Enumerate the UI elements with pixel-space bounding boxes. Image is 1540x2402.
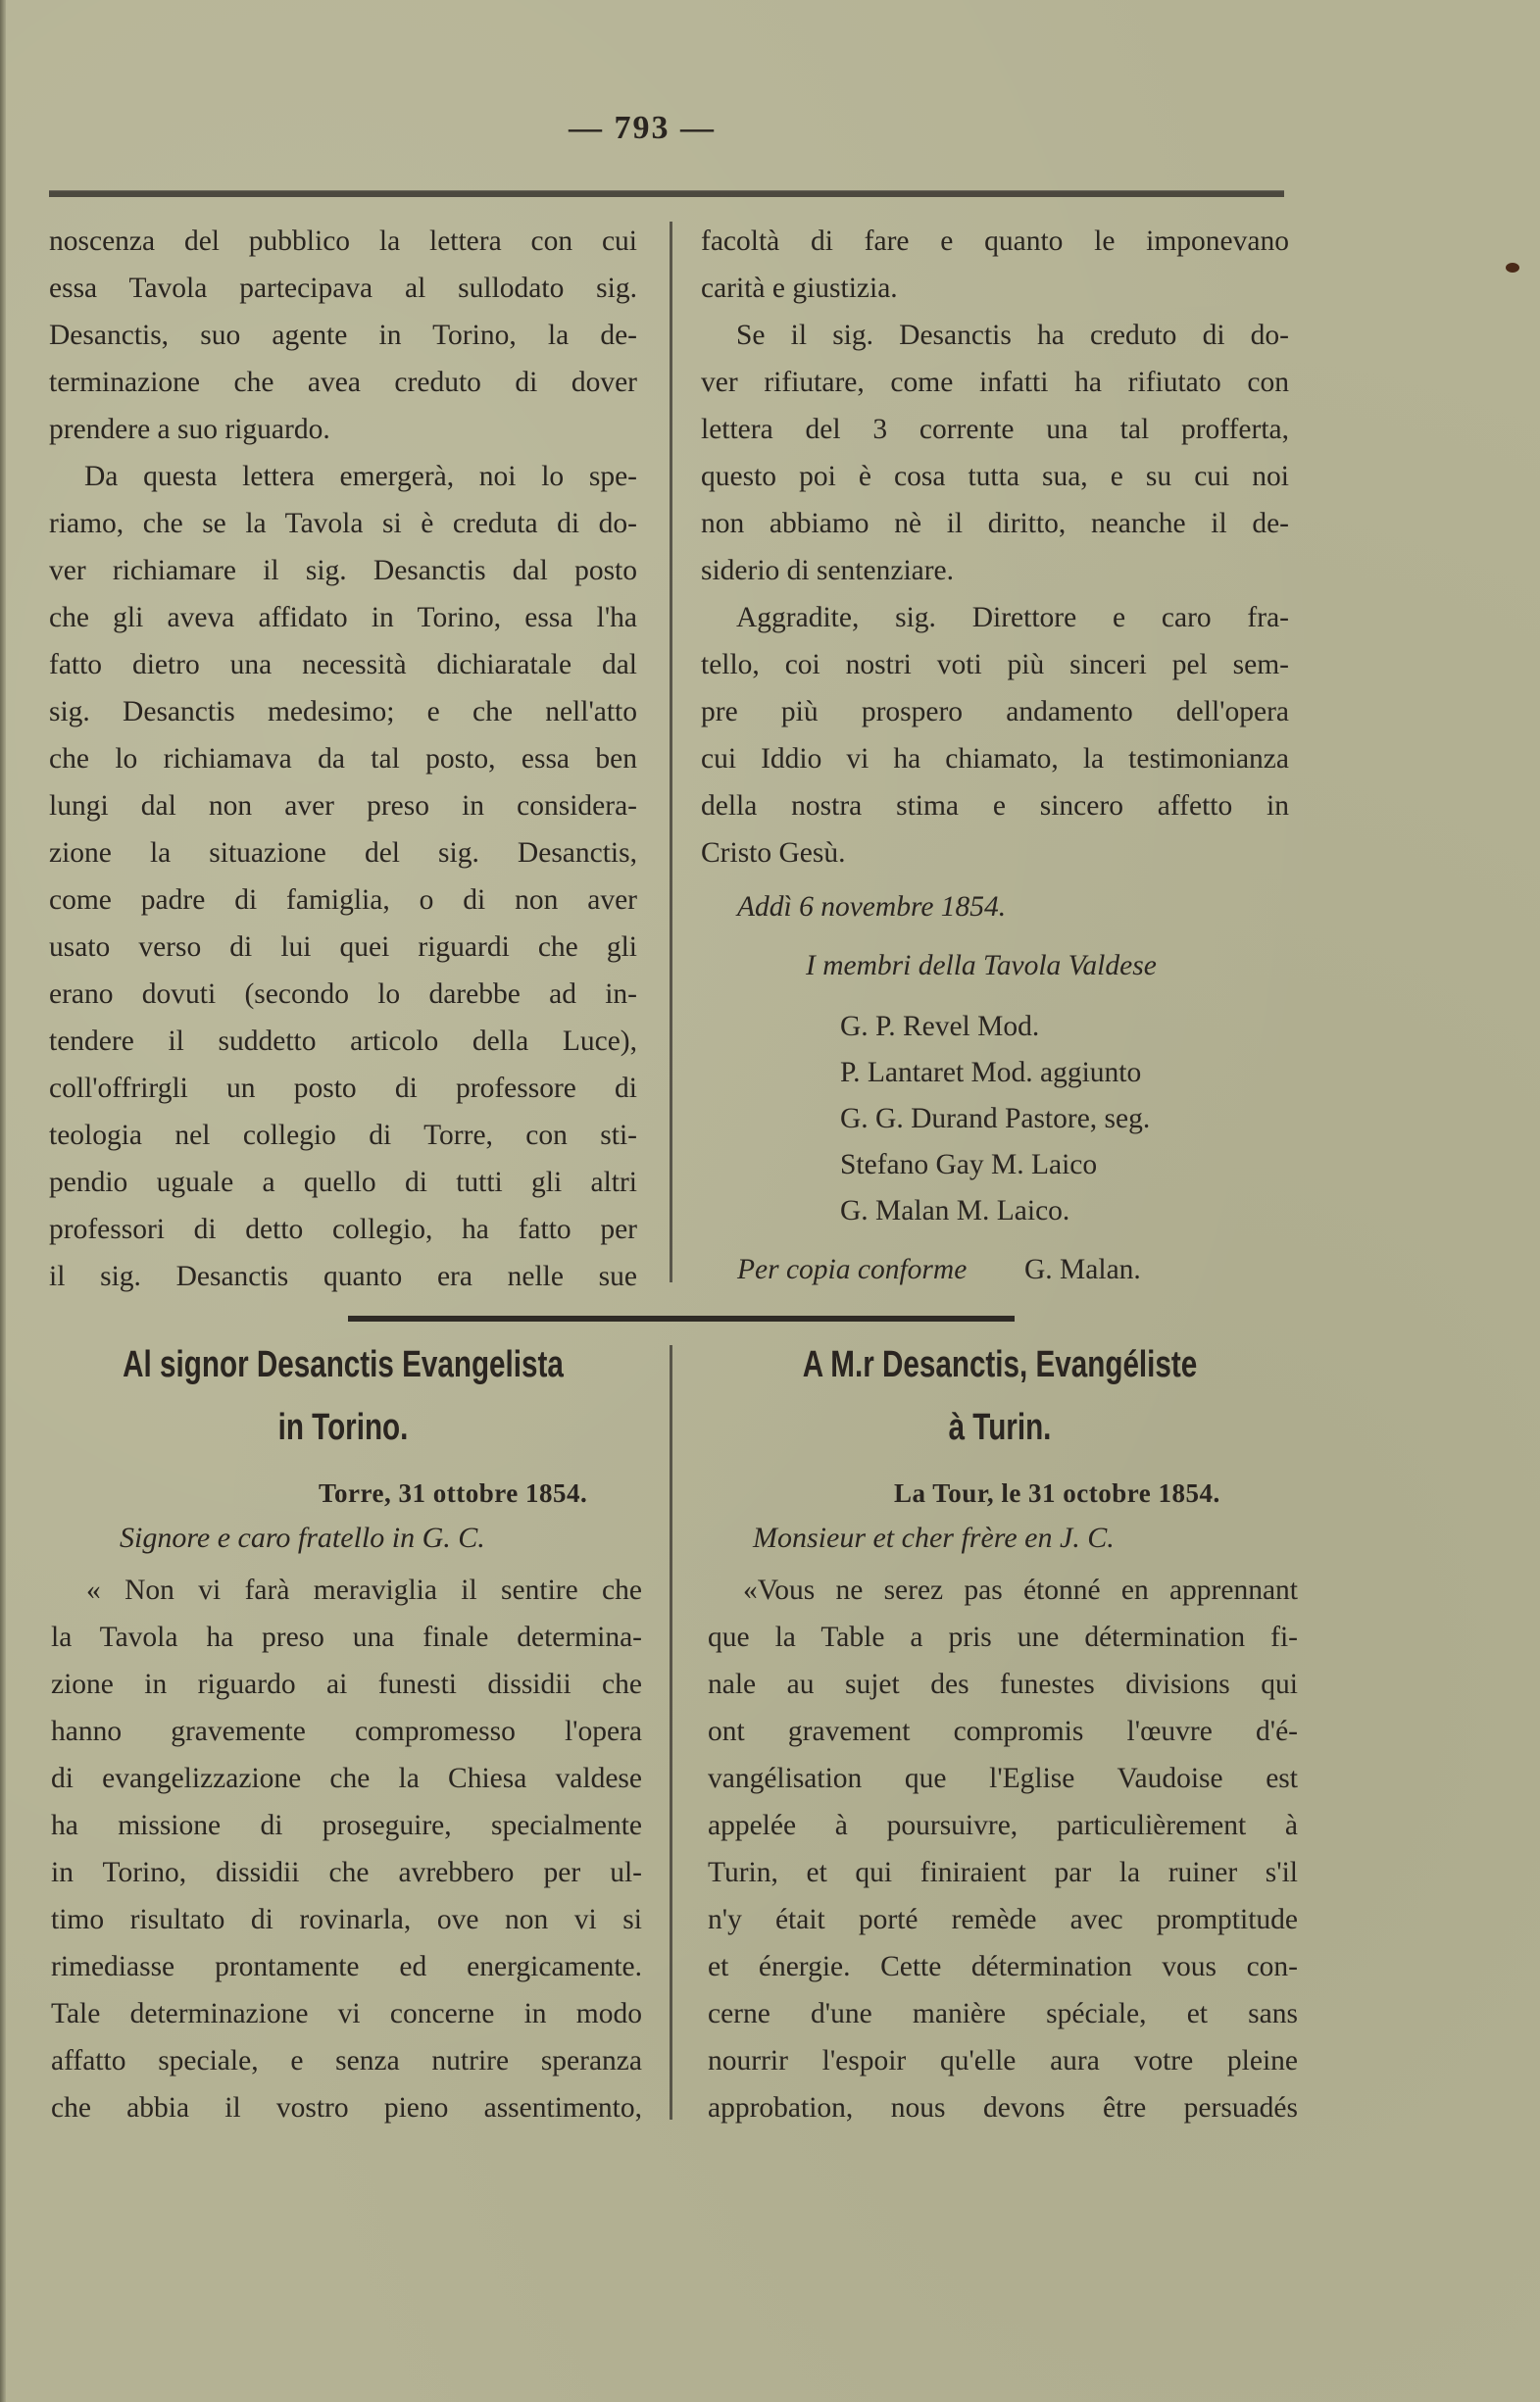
top-right-column: facoltà di fare e quanto le imponevano c… xyxy=(701,218,1289,876)
text-line: questo poi è cosa tutta sua, e su cui no… xyxy=(701,453,1289,500)
text-line: che abbia il vostro pieno assentimento, xyxy=(51,2084,642,2131)
text-line: professori di detto collegio, ha fatto p… xyxy=(49,1206,637,1253)
section-rule xyxy=(348,1316,1015,1322)
page-edge-shadow xyxy=(0,0,6,2402)
text-line: siderio di sentenziare. xyxy=(701,547,1289,594)
text-line: il sig. Desanctis quanto era nelle sue xyxy=(49,1253,637,1300)
text-line: nale au sujet des funestes divisions qui xyxy=(708,1661,1298,1708)
text-line: in Torino, dissidii che avrebbero per ul… xyxy=(51,1849,642,1896)
text-line: terminazione che avea creduto di dover xyxy=(49,359,637,406)
letter-date: Addì 6 novembre 1854. xyxy=(737,884,1006,930)
french-letter-body: «Vous ne serez pas étonné en apprennant … xyxy=(708,1567,1298,2131)
text-line: nourrir l'espoir qu'elle aura votre plei… xyxy=(708,2037,1298,2084)
signatory: G. Malan M. Laico. xyxy=(840,1188,1150,1234)
text-line: ha missione di proseguire, specialmente xyxy=(51,1802,642,1849)
text-line: essa Tavola partecipava al sullodato sig… xyxy=(49,265,637,312)
heading-line: in Torino. xyxy=(91,1396,596,1459)
text-line: sig. Desanctis medesimo; e che nell'atto xyxy=(49,688,637,735)
signatory: Stefano Gay M. Laico xyxy=(840,1142,1150,1188)
text-line: che lo richiamava da tal posto, essa ben xyxy=(49,735,637,782)
heading-line: à Turin. xyxy=(748,1396,1253,1459)
text-line: « Non vi farà meraviglia il sentire che xyxy=(51,1567,642,1614)
text-line: erano dovuti (secondo lo darebbe ad in- xyxy=(49,971,637,1018)
text-line: Tale determinazione vi concerne in modo xyxy=(51,1990,642,2037)
french-salutation: Monsieur et cher frère en J. C. xyxy=(753,1522,1115,1555)
text-line: «Vous ne serez pas étonné en apprennant xyxy=(708,1567,1298,1614)
text-line: facoltà di fare e quanto le imponevano xyxy=(701,218,1289,265)
header-rule xyxy=(49,190,1284,197)
signatory-list: G. P. Revel Mod. P. Lantaret Mod. aggiun… xyxy=(840,1004,1150,1234)
text-line: zione la situazione del sig. Desanctis, xyxy=(49,829,637,876)
text-line: timo risultato di rovinarla, ove non vi … xyxy=(51,1896,642,1943)
text-line: zione in riguardo ai funesti dissidii ch… xyxy=(51,1661,642,1708)
top-left-column: noscenza del pubblico la lettera con cui… xyxy=(49,218,637,1300)
text-line: Da questa lettera emergerà, noi lo spe- xyxy=(49,453,637,500)
italian-letter-heading: Al signor Desanctis Evangelista in Torin… xyxy=(20,1333,667,1459)
page-number: — 793 — xyxy=(0,110,1284,147)
text-line: Turin, et qui finiraient par la ruiner s… xyxy=(708,1849,1298,1896)
text-line: che gli aveva affidato in Torino, essa l… xyxy=(49,594,637,641)
text-line: noscenza del pubblico la lettera con cui xyxy=(49,218,637,265)
text-line: teologia nel collegio di Torre, con sti- xyxy=(49,1112,637,1159)
text-line: usato verso di lui quei riguardi che gli xyxy=(49,924,637,971)
text-line: lettera del 3 corrente una tal profferta… xyxy=(701,406,1289,453)
text-line: ont gravement compromis l'œuvre d'é- xyxy=(708,1708,1298,1755)
text-line: coll'offrirgli un posto di professore di xyxy=(49,1065,637,1112)
signatory: P. Lantaret Mod. aggiunto xyxy=(840,1050,1150,1096)
text-line: cui Iddio vi ha chiamato, la testimonian… xyxy=(701,735,1289,782)
copy-signer: G. Malan. xyxy=(1024,1247,1141,1293)
french-dateline: La Tour, le 31 octobre 1854. xyxy=(894,1478,1220,1509)
text-line: non abbiamo nè il diritto, neanche il de… xyxy=(701,500,1289,547)
text-line: pre più prospero andamento dell'opera xyxy=(701,688,1289,735)
text-line: Desanctis, suo agente in Torino, la de- xyxy=(49,312,637,359)
text-line: Cristo Gesù. xyxy=(701,829,1289,876)
text-line: pendio uguale a quello di tutti gli altr… xyxy=(49,1159,637,1206)
text-line: fatto dietro una necessità dichiaratale … xyxy=(49,641,637,688)
signatories-title: I membri della Tavola Valdese xyxy=(806,943,1157,989)
text-line: cerne d'une manière spéciale, et sans xyxy=(708,1990,1298,2037)
text-line: tello, coi nostri voti più sinceri pel s… xyxy=(701,641,1289,688)
text-line: Se il sig. Desanctis ha creduto di do- xyxy=(701,312,1289,359)
italian-letter-body: « Non vi farà meraviglia il sentire che … xyxy=(51,1567,642,2131)
heading-line: A M.r Desanctis, Evangéliste xyxy=(748,1333,1253,1396)
text-line: vangélisation que l'Eglise Vaudoise est xyxy=(708,1755,1298,1802)
text-line: ver richiamare il sig. Desanctis dal pos… xyxy=(49,547,637,594)
text-line: della nostra stima e sincero affetto in xyxy=(701,782,1289,829)
ink-stain xyxy=(1506,263,1519,273)
text-line: carità e giustizia. xyxy=(701,265,1289,312)
text-line: Aggradite, sig. Direttore e caro fra- xyxy=(701,594,1289,641)
signatory: G. P. Revel Mod. xyxy=(840,1004,1150,1050)
text-line: di evangelizzazione che la Chiesa valdes… xyxy=(51,1755,642,1802)
text-line: riamo, che se la Tavola si è creduta di … xyxy=(49,500,637,547)
signatory: G. G. Durand Pastore, seg. xyxy=(840,1096,1150,1142)
italian-salutation: Signore e caro fratello in G. C. xyxy=(120,1522,485,1555)
text-line: appelée à poursuivre, particulièrement à xyxy=(708,1802,1298,1849)
text-line: que la Table a pris une détermination fi… xyxy=(708,1614,1298,1661)
text-line: rimediasse prontamente ed energicamente. xyxy=(51,1943,642,1990)
text-line: affatto speciale, e senza nutrire speran… xyxy=(51,2037,642,2084)
text-line: ver rifiutare, come infatti ha rifiutato… xyxy=(701,359,1289,406)
copy-note: Per copia conforme xyxy=(737,1247,967,1293)
text-line: et énergie. Cette détermination vous con… xyxy=(708,1943,1298,1990)
column-divider-top xyxy=(670,222,672,1282)
french-letter-heading: A M.r Desanctis, Evangéliste à Turin. xyxy=(676,1333,1323,1459)
text-line: prendere a suo riguardo. xyxy=(49,406,637,453)
column-divider-bottom xyxy=(670,1345,672,2120)
text-line: n'y était porté remède avec promptitude xyxy=(708,1896,1298,1943)
text-line: tendere il suddetto articolo della Luce)… xyxy=(49,1018,637,1065)
italian-dateline: Torre, 31 ottobre 1854. xyxy=(319,1478,587,1509)
heading-line: Al signor Desanctis Evangelista xyxy=(91,1333,596,1396)
text-line: la Tavola ha preso una finale determina- xyxy=(51,1614,642,1661)
text-line: approbation, nous devons être persuadés xyxy=(708,2084,1298,2131)
text-line: come padre di famiglia, o di non aver xyxy=(49,876,637,924)
text-line: hanno gravemente compromesso l'opera xyxy=(51,1708,642,1755)
text-line: lungi dal non aver preso in considera- xyxy=(49,782,637,829)
